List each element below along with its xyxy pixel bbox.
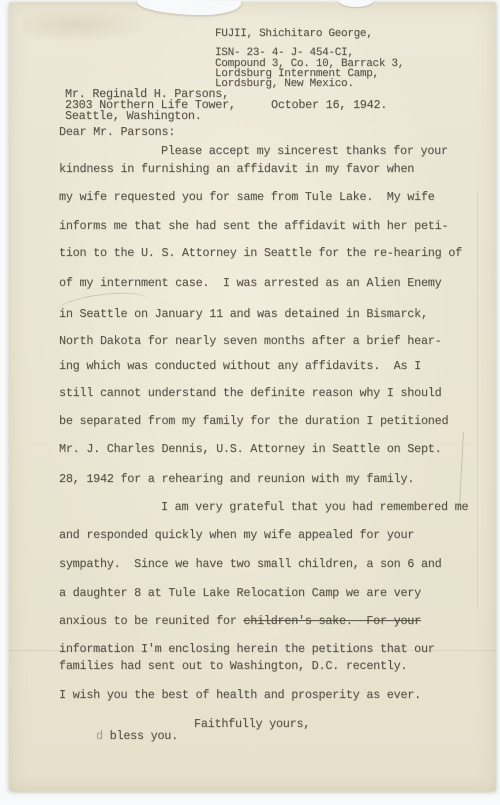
- struck-through-text: children's sake. For your: [243, 614, 421, 628]
- body-line-text: I am very grateful that you had remember…: [161, 500, 468, 514]
- body-line-text: families had sent out to Washington, D.C…: [59, 659, 407, 673]
- body-line-text: informs me that she had sent the affidav…: [59, 219, 448, 233]
- body-line: of my internment case. I was arrested as…: [59, 277, 441, 289]
- crease-mark: [477, 190, 478, 610]
- body-line: Mr. J. Charles Dennis, U.S. Attorney in …: [59, 443, 441, 455]
- recipient-city: Seattle, Washington.: [65, 110, 202, 122]
- body-line-text: still cannot understand the definite rea…: [59, 386, 441, 400]
- body-line-text: kindness in furnishing an affidavit in m…: [59, 162, 414, 176]
- body-line-text: anxious to be reunited for: [59, 614, 243, 628]
- closing-blessing: d bless you.: [55, 718, 178, 754]
- body-line: a daughter 8 at Tule Lake Relocation Cam…: [59, 587, 421, 599]
- body-line-text: Please accept my sincerest thanks for yo…: [161, 144, 448, 158]
- paper-tear-small: [339, 0, 373, 7]
- body-line: sympathy. Since we have two small childr…: [59, 558, 441, 570]
- body-line: I wish you the best of health and prospe…: [59, 689, 421, 701]
- valediction: Faithfully yours,: [194, 718, 310, 730]
- body-line-text: I wish you the best of health and prospe…: [59, 688, 421, 702]
- body-line: informs me that she had sent the affidav…: [59, 220, 448, 232]
- body-line: I am very grateful that you had remember…: [161, 501, 468, 513]
- body-line: my wife requested you for same from Tule…: [59, 191, 435, 203]
- body-line: Please accept my sincerest thanks for yo…: [161, 145, 448, 157]
- body-line: and responded quickly when my wife appea…: [59, 529, 414, 541]
- faded-character: d: [96, 729, 103, 743]
- body-line: families had sent out to Washington, D.C…: [59, 660, 407, 672]
- body-line-text: my wife requested you for same from Tule…: [59, 190, 435, 204]
- body-line: tion to the U. S. Attorney in Seattle fo…: [59, 247, 462, 259]
- body-line: be separated from my family for the dura…: [59, 415, 448, 427]
- body-line-text: 28, 1942 for a rehearing and reunion wit…: [59, 472, 414, 486]
- date-line: October 16, 1942.: [271, 99, 387, 111]
- crease-mark: [459, 432, 464, 506]
- body-line: information I'm enclosing herein the pet…: [59, 643, 435, 655]
- body-line-text: a daughter 8 at Tule Lake Relocation Cam…: [59, 586, 421, 600]
- body-line: 28, 1942 for a rehearing and reunion wit…: [59, 473, 414, 485]
- body-line: North Dakota for nearly seven months aft…: [59, 335, 441, 347]
- body-line-text: information I'm enclosing herein the pet…: [59, 642, 435, 656]
- body-line: still cannot understand the definite rea…: [59, 387, 441, 399]
- body-line-text: North Dakota for nearly seven months aft…: [59, 334, 441, 348]
- body-line-text: be separated from my family for the dura…: [59, 414, 448, 428]
- body-line: ing which was conducted without any affi…: [59, 360, 421, 372]
- letter-page: FUJII, Shichitaro George, ISN- 23- 4- J-…: [9, 2, 496, 791]
- body-line-text: Mr. J. Charles Dennis, U.S. Attorney in …: [59, 442, 441, 456]
- body-line-text: sympathy. Since we have two small childr…: [59, 557, 441, 571]
- body-line-text: in Seattle on January 11 and was detaine…: [59, 307, 428, 321]
- body-line: in Seattle on January 11 and was detaine…: [59, 308, 428, 320]
- body-line: anxious to be reunited for children's sa…: [59, 615, 421, 627]
- body-line: kindness in furnishing an affidavit in m…: [59, 163, 414, 175]
- body-line-text: ing which was conducted without any affi…: [59, 359, 421, 373]
- sender-city: Lordsburg, New Mexico.: [215, 78, 354, 90]
- paper-stain: [23, 8, 153, 42]
- sender-name: FUJII, Shichitaro George,: [215, 28, 373, 40]
- body-line-text: tion to the U. S. Attorney in Seattle fo…: [59, 246, 462, 260]
- blessing-text: bless you.: [103, 729, 178, 743]
- scan-background: FUJII, Shichitaro George, ISN- 23- 4- J-…: [0, 0, 500, 805]
- body-line-text: and responded quickly when my wife appea…: [59, 528, 414, 542]
- body-line-text: of my internment case. I was arrested as…: [59, 276, 441, 290]
- salutation: Dear Mr. Parsons:: [59, 126, 175, 138]
